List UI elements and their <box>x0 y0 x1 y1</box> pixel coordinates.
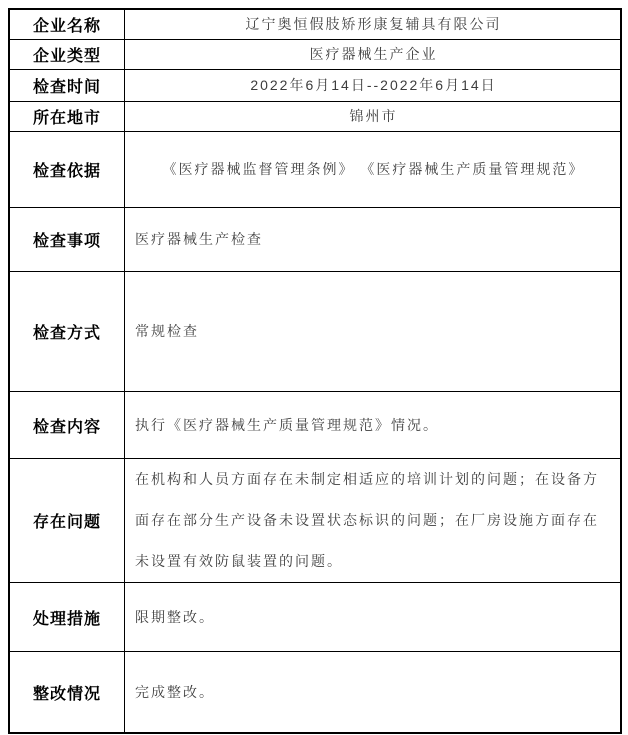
table-row: 检查方式常规检查 <box>10 272 620 392</box>
row-value-cell: 《医疗器械监督管理条例》 《医疗器械生产质量管理规范》 <box>125 132 620 207</box>
row-value-cell: 锦州市 <box>125 102 620 131</box>
row-value: 医疗器械生产检查 <box>135 219 263 260</box>
table-row: 整改情况完成整改。 <box>10 652 620 732</box>
row-value: 《医疗器械监督管理条例》 《医疗器械生产质量管理规范》 <box>163 149 585 190</box>
table-row: 检查时间2022年6月14日--2022年6月14日 <box>10 70 620 102</box>
row-label: 检查依据 <box>10 132 125 207</box>
row-value: 锦州市 <box>350 96 398 137</box>
row-value: 完成整改。 <box>135 672 215 713</box>
row-value-cell: 在机构和人员方面存在未制定相适应的培训计划的问题；在设备方面存在部分生产设备未设… <box>125 459 620 582</box>
row-label: 所在地市 <box>10 102 125 131</box>
row-value: 在机构和人员方面存在未制定相适应的培训计划的问题；在设备方面存在部分生产设备未设… <box>135 459 612 582</box>
row-value-cell: 医疗器械生产检查 <box>125 208 620 271</box>
row-label: 检查方式 <box>10 272 125 391</box>
inspection-record-table: 企业名称辽宁奥恒假肢矫形康复辅具有限公司企业类型医疗器械生产企业检查时间2022… <box>8 8 622 734</box>
row-label: 检查时间 <box>10 70 125 101</box>
row-value: 执行《医疗器械生产质量管理规范》情况。 <box>135 405 439 446</box>
page: 企业名称辽宁奥恒假肢矫形康复辅具有限公司企业类型医疗器械生产企业检查时间2022… <box>0 0 628 735</box>
row-value: 常规检查 <box>135 311 199 352</box>
row-value-cell: 执行《医疗器械生产质量管理规范》情况。 <box>125 392 620 458</box>
row-label: 企业类型 <box>10 40 125 69</box>
table-row: 检查内容执行《医疗器械生产质量管理规范》情况。 <box>10 392 620 459</box>
row-label: 存在问题 <box>10 459 125 582</box>
row-label: 处理措施 <box>10 583 125 651</box>
table-row: 检查事项医疗器械生产检查 <box>10 208 620 272</box>
table-row: 处理措施限期整改。 <box>10 583 620 652</box>
row-label: 企业名称 <box>10 10 125 39</box>
row-value-cell: 限期整改。 <box>125 583 620 651</box>
row-label: 检查内容 <box>10 392 125 458</box>
table-row: 所在地市锦州市 <box>10 102 620 132</box>
row-label: 整改情况 <box>10 652 125 732</box>
row-label: 检查事项 <box>10 208 125 271</box>
row-value: 限期整改。 <box>135 597 215 638</box>
table-row: 检查依据《医疗器械监督管理条例》 《医疗器械生产质量管理规范》 <box>10 132 620 208</box>
row-value-cell: 常规检查 <box>125 272 620 391</box>
table-row: 存在问题在机构和人员方面存在未制定相适应的培训计划的问题；在设备方面存在部分生产… <box>10 459 620 583</box>
row-value-cell: 完成整改。 <box>125 652 620 732</box>
